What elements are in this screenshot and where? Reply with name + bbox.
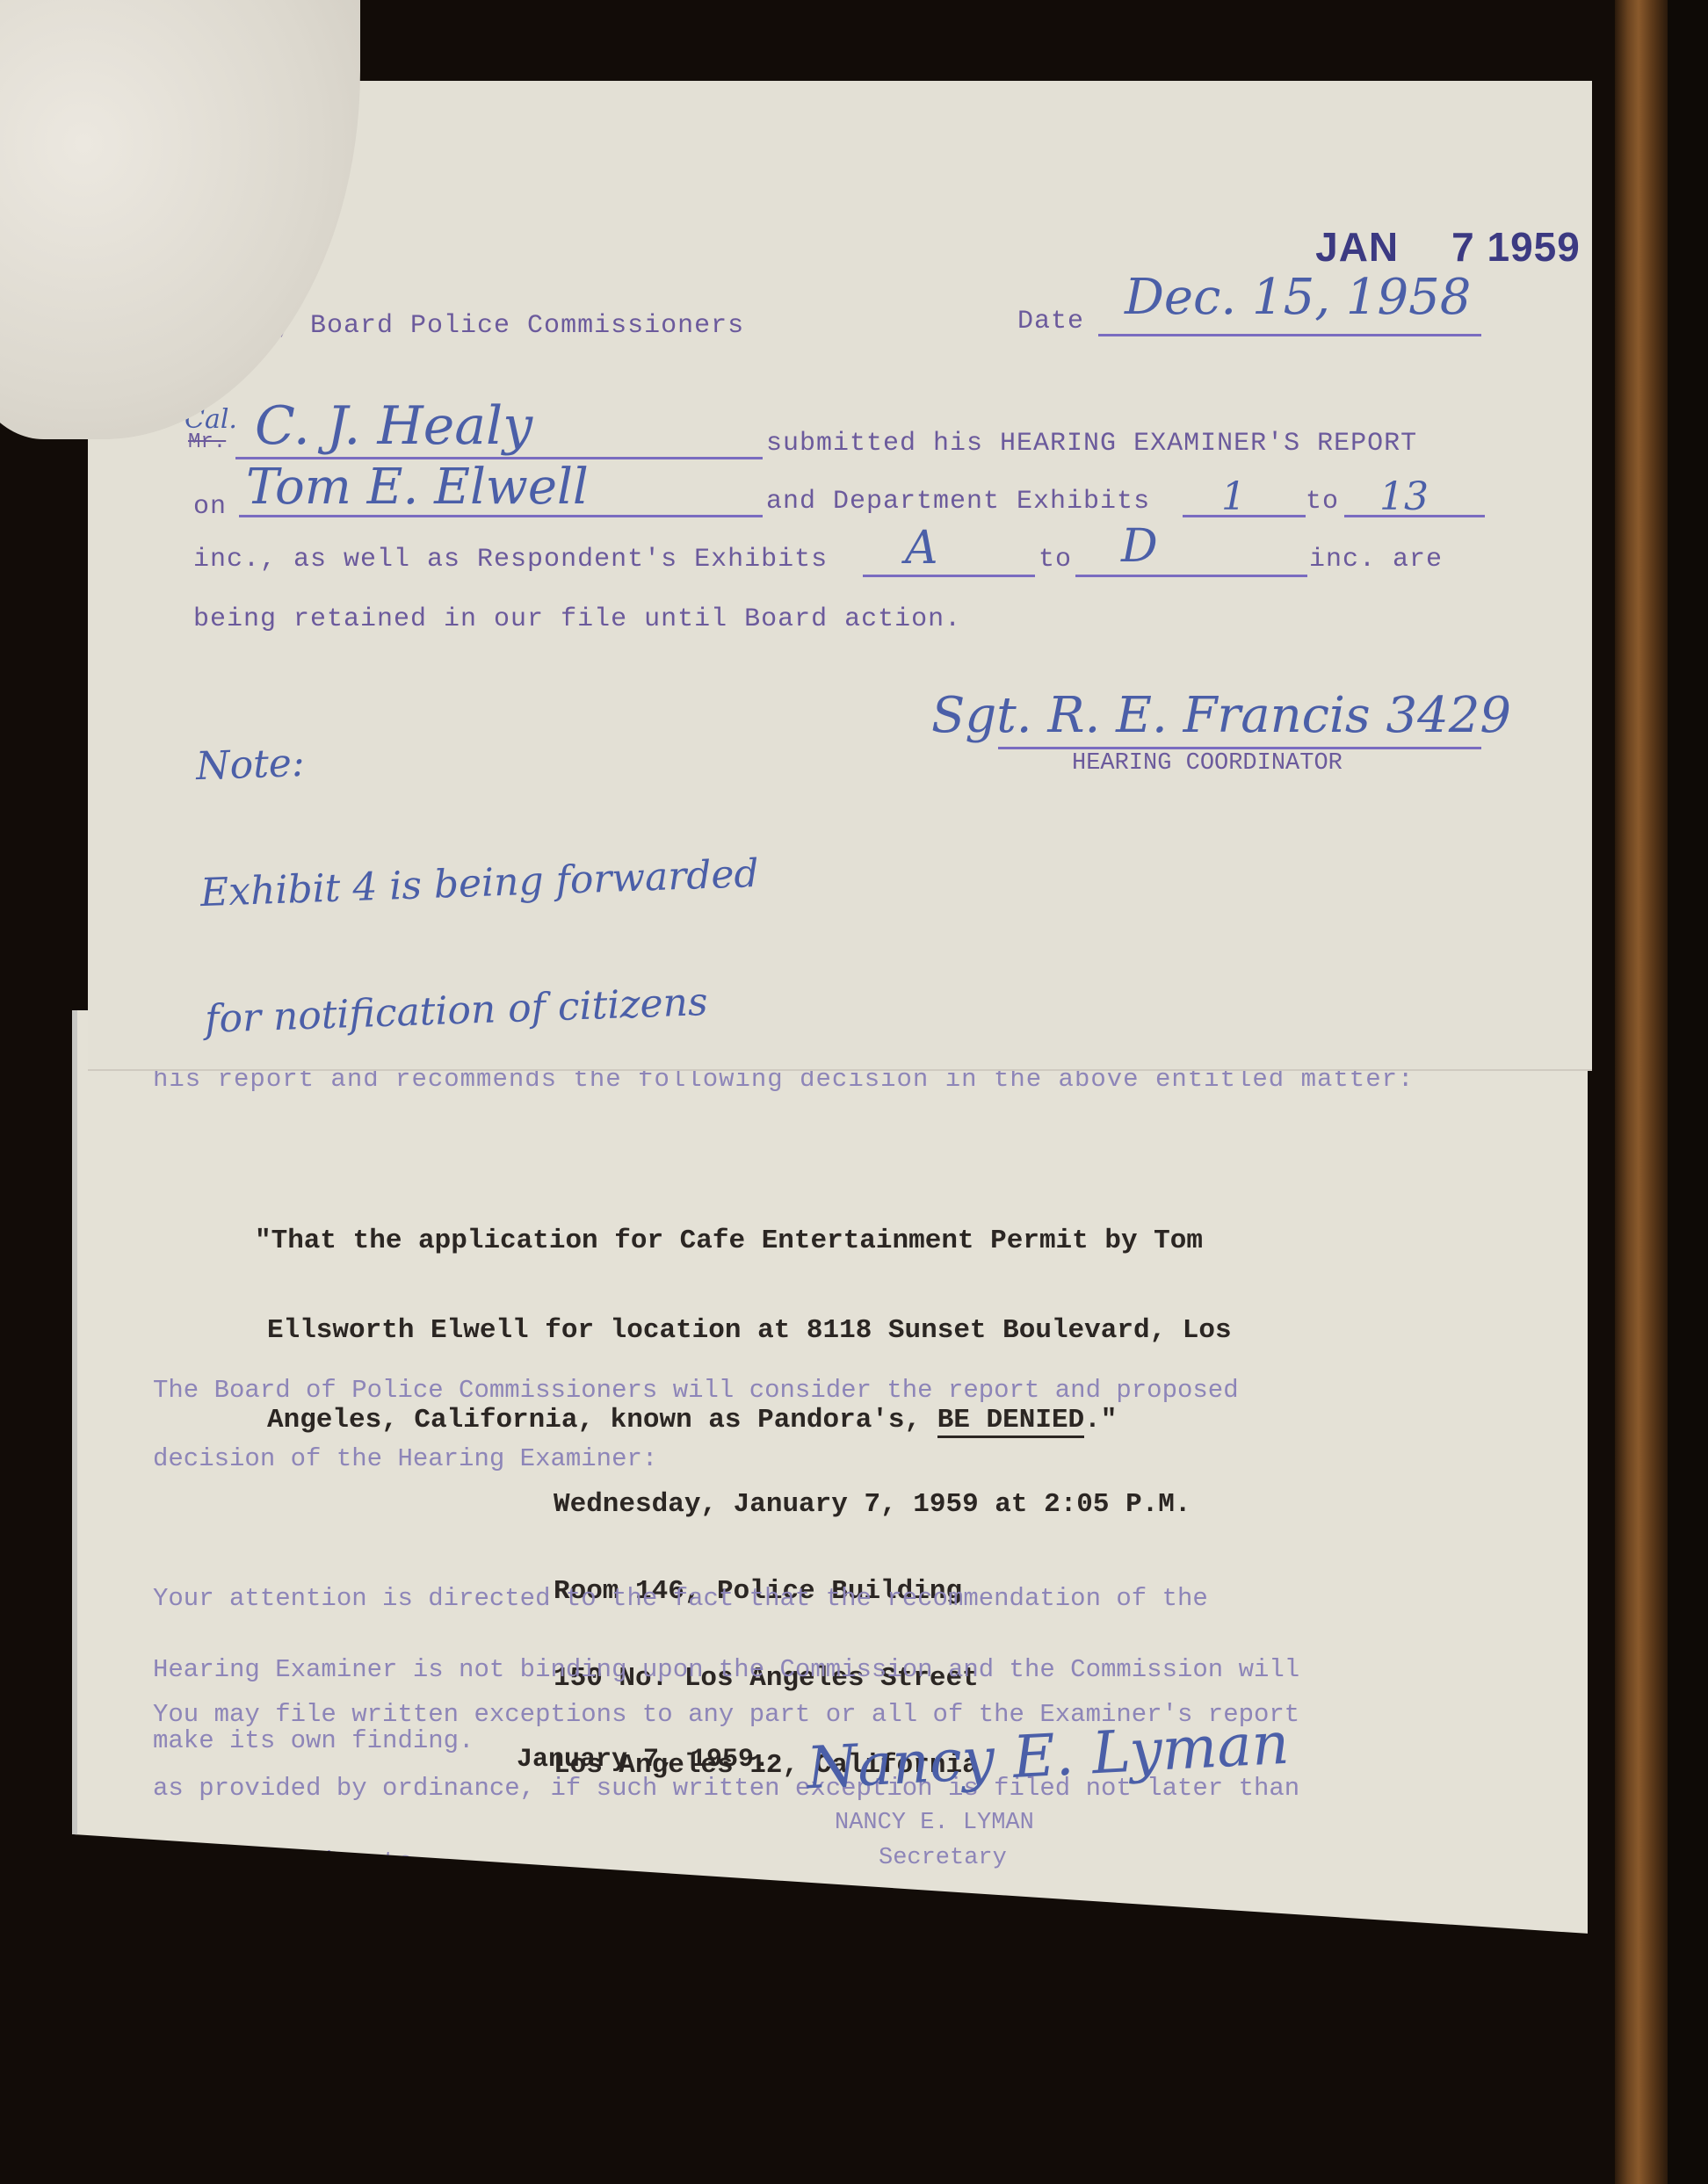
line3-prefix: inc., as well as Respondent's Exhibits — [193, 545, 828, 575]
resp-exhibit-to: D — [1121, 520, 1158, 573]
resp-exhibit-from: A — [905, 522, 938, 575]
secretary-title: Secretary — [879, 1845, 1007, 1871]
coordinator-signature: Sgt. R. E. Francis 3429 — [931, 687, 1511, 744]
line3-suffix: inc. are — [1309, 545, 1443, 575]
date-label: Date — [1017, 307, 1084, 336]
exceptions-paragraph: You may file written exceptions to any p… — [153, 1653, 1299, 1924]
examiner-handwritten: C. J. Healy — [255, 395, 532, 457]
coordinator-signature-line — [998, 747, 1481, 749]
line4-text: being retained in our file until Board a… — [193, 604, 961, 634]
title-typed-struck: Mr. — [188, 430, 226, 454]
notice-sheet: his report and recommends the following … — [72, 1010, 1588, 2003]
dept-exhibit-to: 13 — [1379, 474, 1429, 519]
resp-exhibit-from-line — [863, 575, 1035, 577]
line2-text: and Department Exhibits — [766, 487, 1150, 517]
resp-to-label: to — [1039, 545, 1072, 575]
exceptions-deadline: January 7, 1959. — [517, 1745, 770, 1775]
line1-text: submitted his HEARING EXAMINER'S REPORT — [766, 429, 1417, 459]
secretary-name: NANCY E. LYMAN — [835, 1810, 1034, 1836]
handwritten-note: Note: Exhibit 4 is being forwarded for n… — [192, 642, 767, 1125]
dept-to-label: to — [1306, 487, 1339, 517]
on-label: on — [193, 492, 227, 522]
date-handwritten: Dec. 15, 1958 — [1125, 269, 1471, 326]
coordinator-title: HEARING COORDINATOR — [1072, 750, 1343, 777]
date-field-line — [1098, 334, 1481, 336]
decision-line-1: "That the application for Cafe Entertain… — [255, 1226, 1232, 1256]
wooden-table-edge — [1615, 0, 1668, 2184]
dept-exhibit-from: 1 — [1221, 474, 1246, 519]
resp-exhibit-to-line — [1075, 575, 1307, 577]
background-edge — [1668, 0, 1708, 2184]
respondent-handwritten: Tom E. Elwell — [246, 459, 589, 516]
meeting-datetime: Wednesday, January 7, 1959 at 2:05 P.M. — [554, 1490, 1191, 1519]
